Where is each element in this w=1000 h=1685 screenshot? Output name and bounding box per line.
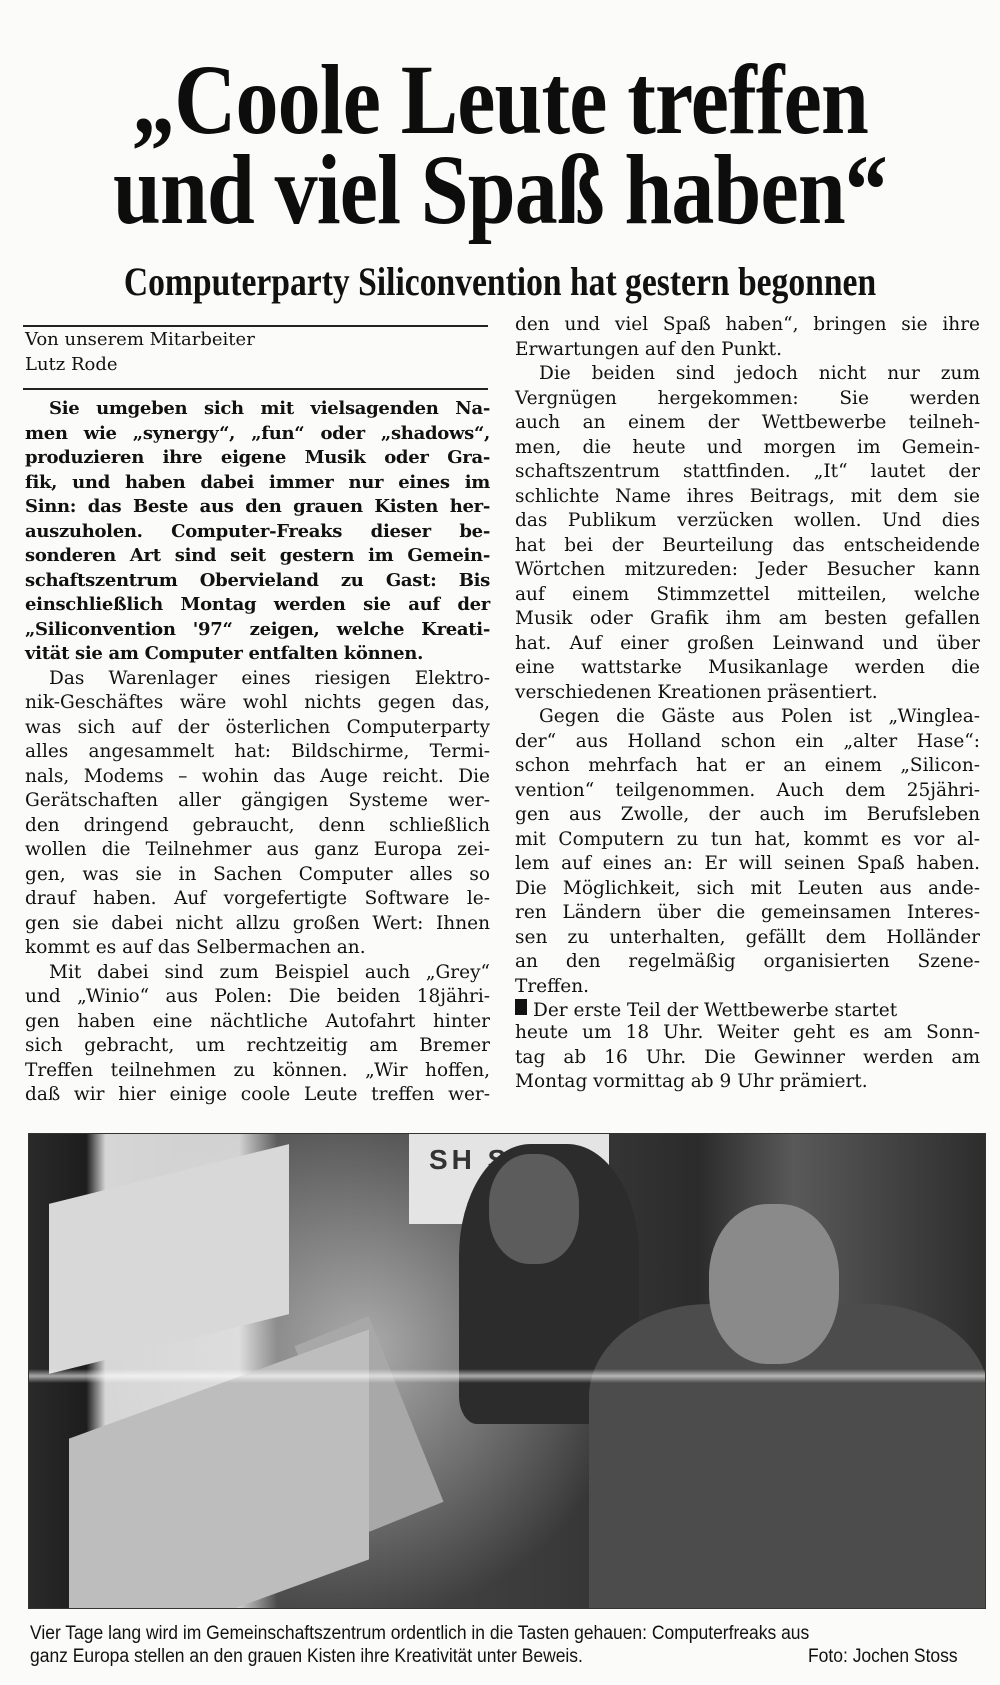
text-line-content: Treffen teilnehmen zu können. „Wir hoffe… — [25, 1060, 490, 1081]
text-line: Sie umgeben sich mit vielsagenden Na- — [25, 397, 490, 422]
text-line: hat. Auf einer großen Leinwand und über — [515, 632, 980, 657]
text-line-content: men, die heute und morgen im Gemein- — [515, 437, 980, 458]
text-line-content: Gerätschaften aller gängigen Systeme wer… — [25, 790, 490, 811]
text-line: den und viel Spaß haben“, bringen sie ih… — [515, 313, 980, 338]
text-line: vention“ teilgenommen. Auch dem 25jähri- — [515, 779, 980, 804]
text-line: gen, was sie in Sachen Computer alles so — [25, 863, 490, 888]
text-line: gen haben eine nächtliche Autofahrt hint… — [25, 1010, 490, 1035]
paper-crease — [29, 1369, 985, 1383]
text-line: Musik oder Grafik ihm am besten gefallen — [515, 607, 980, 632]
text-line: gen sie dabei nicht allzu großen Wert: I… — [25, 912, 490, 937]
text-line-content: lem auf eines an: Er will seinen Spaß ha… — [515, 853, 980, 874]
text-line: auszuholen. Computer-Freaks dieser be- — [25, 520, 490, 545]
headline-line-2: und viel Spaß haben“ — [70, 140, 930, 240]
text-line: hat bei der Beurteilung das entscheidend… — [515, 534, 980, 559]
byline: Von unserem Mitarbeiter Lutz Rode — [25, 327, 490, 377]
text-line-content: drauf haben. Auf vorgefertigte Software … — [25, 888, 490, 909]
text-line: Gegen die Gäste aus Polen ist „Winglea- — [515, 705, 980, 730]
text-line-content: alles angesammelt hat: Bildschirme, Term… — [25, 741, 490, 762]
text-line: Das Warenlager eines riesigen Elektro- — [25, 667, 490, 692]
text-line-content: Die beiden sind jedoch nicht nur zum — [539, 363, 980, 384]
text-line-content: nik-Geschäftes wäre wohl nichts gegen da… — [25, 692, 490, 713]
text-line-content: vität sie am Computer entfalten können. — [25, 643, 423, 664]
text-line-content: was sich auf der österlichen Computerpar… — [25, 717, 490, 738]
text-line-content: an den regelmäßig organisierten Szene- — [515, 951, 980, 972]
text-line: produzieren ihre eigene Musik oder Gra- — [25, 446, 490, 471]
text-line: ren Ländern über die gemeinsamen Interes… — [515, 901, 980, 926]
text-line: vität sie am Computer entfalten können. — [25, 642, 490, 667]
text-line-content: gen aus Zwolle, der auch im Berufsleben — [515, 804, 980, 825]
text-line-content: Montag vormittag ab 9 Uhr prämiert. — [515, 1071, 868, 1092]
text-line-content: ren Ländern über die gemeinsamen Interes… — [515, 902, 980, 923]
text-line-content: Sinn: das Beste aus den grauen Kisten he… — [25, 496, 490, 517]
text-line-content: daß wir hier einige coole Leute treffen … — [25, 1084, 490, 1105]
text-line: eine wattstarke Musikanlage werden die — [515, 656, 980, 681]
text-line: was sich auf der österlichen Computerpar… — [25, 716, 490, 741]
text-line: Mit dabei sind zum Beispiel auch „Grey“ — [25, 961, 490, 986]
text-line: Gerätschaften aller gängigen Systeme wer… — [25, 789, 490, 814]
text-line-content: Wörtchen mitzureden: Jeder Besucher kann — [515, 559, 980, 580]
text-line: tag ab 16 Uhr. Die Gewinner werden am — [515, 1046, 980, 1071]
text-line-content: und „Winio“ aus Polen: Die beiden 18jähr… — [25, 986, 490, 1007]
text-line-content: Der erste Teil der Wettbewerbe startet — [533, 1000, 897, 1021]
text-line: Wörtchen mitzureden: Jeder Besucher kann — [515, 558, 980, 583]
text-line-content: Mit dabei sind zum Beispiel auch „Grey“ — [49, 962, 490, 983]
text-line: wollen die Teilnehmer aus ganz Europa ze… — [25, 838, 490, 863]
text-line-content: schaftszentrum stattfinden. „It“ lautet … — [515, 461, 980, 482]
text-line-content: tag ab 16 Uhr. Die Gewinner werden am — [515, 1047, 980, 1068]
text-line: daß wir hier einige coole Leute treffen … — [25, 1083, 490, 1108]
photo-monitor-back — [49, 1144, 289, 1374]
text-line-content: schon mehrfach hat er an einem „Silicon- — [515, 755, 980, 776]
text-line-content: auf einem Stimmzettel mitteilen, welche — [515, 584, 980, 605]
text-line: drauf haben. Auf vorgefertigte Software … — [25, 887, 490, 912]
text-line: an den regelmäßig organisierten Szene- — [515, 950, 980, 975]
text-line: sonderen Art sind seit gestern im Gemein… — [25, 544, 490, 569]
text-line: Die Möglichkeit, sich mit Leuten aus and… — [515, 877, 980, 902]
text-line: lem auf eines an: Er will seinen Spaß ha… — [515, 852, 980, 877]
square-bullet-icon — [515, 1003, 527, 1015]
text-line: Die beiden sind jedoch nicht nur zum — [515, 362, 980, 387]
text-line-content: „Siliconvention '97“ zeigen, welche Krea… — [25, 619, 490, 640]
text-line-content: hat. Auf einer großen Leinwand und über — [515, 633, 980, 654]
text-line-content: auszuholen. Computer-Freaks dieser be- — [25, 521, 490, 542]
text-line: Montag vormittag ab 9 Uhr prämiert. — [515, 1070, 980, 1095]
text-line: schlichte Name ihres Beitrags, mit dem s… — [515, 485, 980, 510]
text-line: nik-Geschäftes wäre wohl nichts gegen da… — [25, 691, 490, 716]
subheadline: Computerparty Siliconvention hat gestern… — [80, 262, 920, 302]
photo-credit: Foto: Jochen Stoss — [808, 1645, 958, 1668]
text-line-content: fik, und haben dabei immer nur eines im — [25, 472, 490, 493]
text-line-content: einschließlich Montag werden sie auf der — [25, 594, 490, 615]
photo-caption-line-1: Vier Tage lang wird im Gemeinschaftszent… — [30, 1622, 909, 1645]
text-line-content: sich gebracht, um rechtzeitig am Bremer — [25, 1035, 490, 1056]
photo-caption-line-2: ganz Europa stellen an den grauen Kisten… — [30, 1645, 909, 1668]
text-line: mit Computern zu tun hat, kommt es vor a… — [515, 828, 980, 853]
text-line: das Publikum verzücken wollen. Und dies — [515, 509, 980, 534]
text-line: men, die heute und morgen im Gemein- — [515, 436, 980, 461]
text-line-content: der“ aus Holland schon ein „alter Hase“: — [515, 731, 980, 752]
text-line-content: wollen die Teilnehmer aus ganz Europa ze… — [25, 839, 490, 860]
article-column-left: Sie umgeben sich mit vielsagenden Na-men… — [25, 397, 490, 1108]
byline-role: Von unserem Mitarbeiter — [25, 327, 490, 352]
text-line-content: Das Warenlager eines riesigen Elektro- — [49, 668, 490, 689]
text-line: auf einem Stimmzettel mitteilen, welche — [515, 583, 980, 608]
text-line: Treffen teilnehmen zu können. „Wir hoffe… — [25, 1059, 490, 1084]
text-line-content: vention“ teilgenommen. Auch dem 25jähri- — [515, 780, 980, 801]
text-line: auch an einem der Wettbewerbe teilneh- — [515, 411, 980, 436]
byline-author: Lutz Rode — [25, 352, 490, 377]
text-line: verschiedenen Kreationen präsentiert. — [515, 681, 980, 706]
text-line-content: Sie umgeben sich mit vielsagenden Na- — [49, 398, 490, 419]
text-line-content: Die Möglichkeit, sich mit Leuten aus and… — [515, 878, 980, 899]
text-line-content: mit Computern zu tun hat, kommt es vor a… — [515, 829, 980, 850]
text-line-content: heute um 18 Uhr. Weiter geht es am Sonn- — [515, 1022, 980, 1043]
text-line-content: kommt es auf das Selbermachen an. — [25, 937, 366, 958]
text-line: sich gebracht, um rechtzeitig am Bremer — [25, 1034, 490, 1059]
text-line-content: sen zu unterhalten, gefällt dem Hollände… — [515, 927, 980, 948]
text-line: nals, Modems – wohin das Auge reicht. Di… — [25, 765, 490, 790]
photo-person-right-head — [709, 1204, 839, 1364]
text-line-content: gen haben eine nächtliche Autofahrt hint… — [25, 1011, 490, 1032]
text-line-content: Erwartungen auf den Punkt. — [515, 339, 782, 360]
text-line-content: men wie „synergy“, „fun“ oder „shadows“, — [25, 423, 490, 444]
text-line-content: schaftszentrum Obervieland zu Gast: Bis — [25, 570, 490, 591]
article-photo: SH S — [28, 1133, 986, 1609]
text-line: der“ aus Holland schon ein „alter Hase“: — [515, 730, 980, 755]
text-line: kommt es auf das Selbermachen an. — [25, 936, 490, 961]
photo-person-left-head — [489, 1154, 579, 1264]
article-column-right: den und viel Spaß haben“, bringen sie ih… — [515, 313, 980, 1095]
text-line-content: Musik oder Grafik ihm am besten gefallen — [515, 608, 980, 629]
text-line: Treffen. — [515, 975, 980, 1000]
text-line-content: Treffen. — [515, 976, 589, 997]
text-line-content: hat bei der Beurteilung das entscheidend… — [515, 535, 980, 556]
text-line: schaftszentrum stattfinden. „It“ lautet … — [515, 460, 980, 485]
text-line-content: das Publikum verzücken wollen. Und dies — [515, 510, 980, 531]
text-line: schon mehrfach hat er an einem „Silicon- — [515, 754, 980, 779]
text-line-content: Gegen die Gäste aus Polen ist „Winglea- — [539, 706, 980, 727]
text-line-content: gen, was sie in Sachen Computer alles so — [25, 864, 490, 885]
text-line-content: Vergnügen hergekommen: Sie werden — [515, 388, 980, 409]
byline-bottom-rule — [23, 388, 488, 390]
text-line: Vergnügen hergekommen: Sie werden — [515, 387, 980, 412]
text-line-content: produzieren ihre eigene Musik oder Gra- — [25, 447, 490, 468]
text-line: Der erste Teil der Wettbewerbe startet — [515, 999, 527, 1011]
text-line: schaftszentrum Obervieland zu Gast: Bis — [25, 569, 490, 594]
text-line-content: verschiedenen Kreationen präsentiert. — [515, 682, 878, 703]
text-line: men wie „synergy“, „fun“ oder „shadows“, — [25, 422, 490, 447]
text-line-content: schlichte Name ihres Beitrags, mit dem s… — [515, 486, 980, 507]
text-line-content: den und viel Spaß haben“, bringen sie ih… — [515, 314, 980, 335]
text-line: fik, und haben dabei immer nur eines im — [25, 471, 490, 496]
text-line: den dringend gebraucht, denn schließlich — [25, 814, 490, 839]
text-line: gen aus Zwolle, der auch im Berufsleben — [515, 803, 980, 828]
text-line: einschließlich Montag werden sie auf der — [25, 593, 490, 618]
text-line: und „Winio“ aus Polen: Die beiden 18jähr… — [25, 985, 490, 1010]
text-line: heute um 18 Uhr. Weiter geht es am Sonn- — [515, 1021, 980, 1046]
text-line: „Siliconvention '97“ zeigen, welche Krea… — [25, 618, 490, 643]
text-line: sen zu unterhalten, gefällt dem Hollände… — [515, 926, 980, 951]
text-line-content: auch an einem der Wettbewerbe teilneh- — [515, 412, 980, 433]
text-line-content: sonderen Art sind seit gestern im Gemein… — [25, 545, 490, 566]
text-line: alles angesammelt hat: Bildschirme, Term… — [25, 740, 490, 765]
text-line: Sinn: das Beste aus den grauen Kisten he… — [25, 495, 490, 520]
text-line: Erwartungen auf den Punkt. — [515, 338, 980, 363]
text-line-content: den dringend gebraucht, denn schließlich — [25, 815, 490, 836]
text-line-content: gen sie dabei nicht allzu großen Wert: I… — [25, 913, 490, 934]
text-line-content: eine wattstarke Musikanlage werden die — [515, 657, 980, 678]
text-line-content: nals, Modems – wohin das Auge reicht. Di… — [25, 766, 490, 787]
